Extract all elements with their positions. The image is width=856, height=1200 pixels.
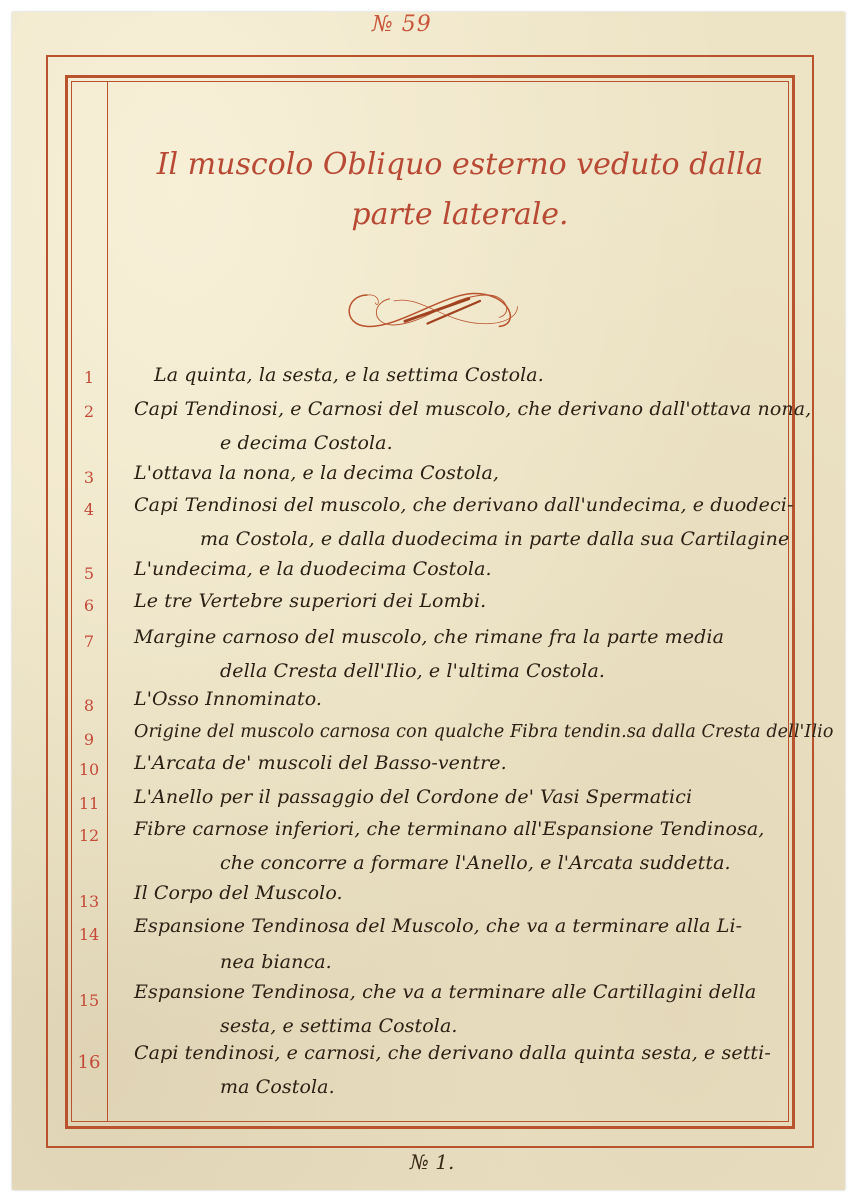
outer-frame-top xyxy=(46,55,814,57)
title-line-1: Il muscolo Obliquo esterno veduto dalla xyxy=(110,140,810,190)
inner-frame-bottom-thin xyxy=(71,1121,789,1122)
entry-number: 6 xyxy=(70,596,108,615)
entry-text: Capi tendinosi, e carnosi, che derivano … xyxy=(134,1042,771,1064)
entry-number: 9 xyxy=(70,730,108,749)
calligraphic-flourish-ornament xyxy=(310,280,560,340)
outer-frame-bottom xyxy=(46,1146,814,1148)
page-number: № 59 xyxy=(372,12,432,37)
entry-number: 12 xyxy=(70,826,108,845)
inner-frame-top-thin xyxy=(71,81,789,82)
entry-text-continued: della Cresta dell'Ilio, e l'ultima Costo… xyxy=(220,660,605,682)
entry-number: 10 xyxy=(70,760,108,779)
entry-text-continued: che concorre a formare l'Anello, e l'Arc… xyxy=(220,852,731,874)
entry-text: Espansione Tendinosa, che va a terminare… xyxy=(134,981,756,1003)
inner-frame-left-thick xyxy=(65,75,68,1129)
entry-text: Origine del muscolo carnosa con qualche … xyxy=(134,722,833,742)
entry-text: Le tre Vertebre superiori dei Lombi. xyxy=(134,590,486,612)
entry-text: L'ottava la nona, e la decima Costola, xyxy=(134,462,499,484)
entry-text-continued: e decima Costola. xyxy=(220,432,393,454)
entry-text: Espansione Tendinosa del Muscolo, che va… xyxy=(134,915,742,937)
entry-text: L'Arcata de' muscoli del Basso-ventre. xyxy=(134,752,507,774)
entry-number: 5 xyxy=(70,564,108,583)
entry-text-continued: sesta, e settima Costola. xyxy=(220,1015,458,1037)
title-line-2: parte laterale. xyxy=(110,190,810,240)
entry-number: 14 xyxy=(70,925,108,944)
entry-text-continued: nea bianca. xyxy=(220,951,332,973)
entry-number: 8 xyxy=(70,696,108,715)
entry-number: 1 xyxy=(70,368,108,387)
entry-number: 15 xyxy=(70,991,108,1010)
entry-text: L'Anello per il passaggio del Cordone de… xyxy=(134,786,692,808)
inner-frame-bottom-thick xyxy=(65,1126,795,1129)
entry-number: 16 xyxy=(70,1052,108,1073)
footer-mark: № 1. xyxy=(410,1150,454,1174)
outer-frame-left xyxy=(46,55,48,1148)
page-title: Il muscolo Obliquo esterno veduto dalla … xyxy=(110,140,810,240)
entry-number: 2 xyxy=(70,402,108,421)
entry-text: Capi Tendinosi, e Carnosi del muscolo, c… xyxy=(134,398,811,420)
entry-text: Fibre carnose inferiori, che terminano a… xyxy=(134,818,764,840)
entry-text: L'Osso Innominato. xyxy=(134,688,322,710)
entry-number: 11 xyxy=(70,794,108,813)
entry-text: L'undecima, e la duodecima Costola. xyxy=(134,558,492,580)
entry-text: Margine carnoso del muscolo, che rimane … xyxy=(134,626,724,648)
entry-text-continued: ma Costola, e dalla duodecima in parte d… xyxy=(200,528,789,550)
entry-text: Capi Tendinosi del muscolo, che derivano… xyxy=(134,494,793,516)
entry-number: 4 xyxy=(70,500,108,519)
entry-number: 13 xyxy=(70,892,108,911)
outer-frame-right xyxy=(812,55,814,1148)
entry-text: Il Corpo del Muscolo. xyxy=(134,882,343,904)
entry-number: 7 xyxy=(70,632,108,651)
entry-text: La quinta, la sesta, e la settima Costol… xyxy=(154,364,544,386)
entry-text-continued: ma Costola. xyxy=(220,1076,335,1098)
entry-number: 3 xyxy=(70,468,108,487)
inner-frame-top-thick xyxy=(65,75,795,78)
